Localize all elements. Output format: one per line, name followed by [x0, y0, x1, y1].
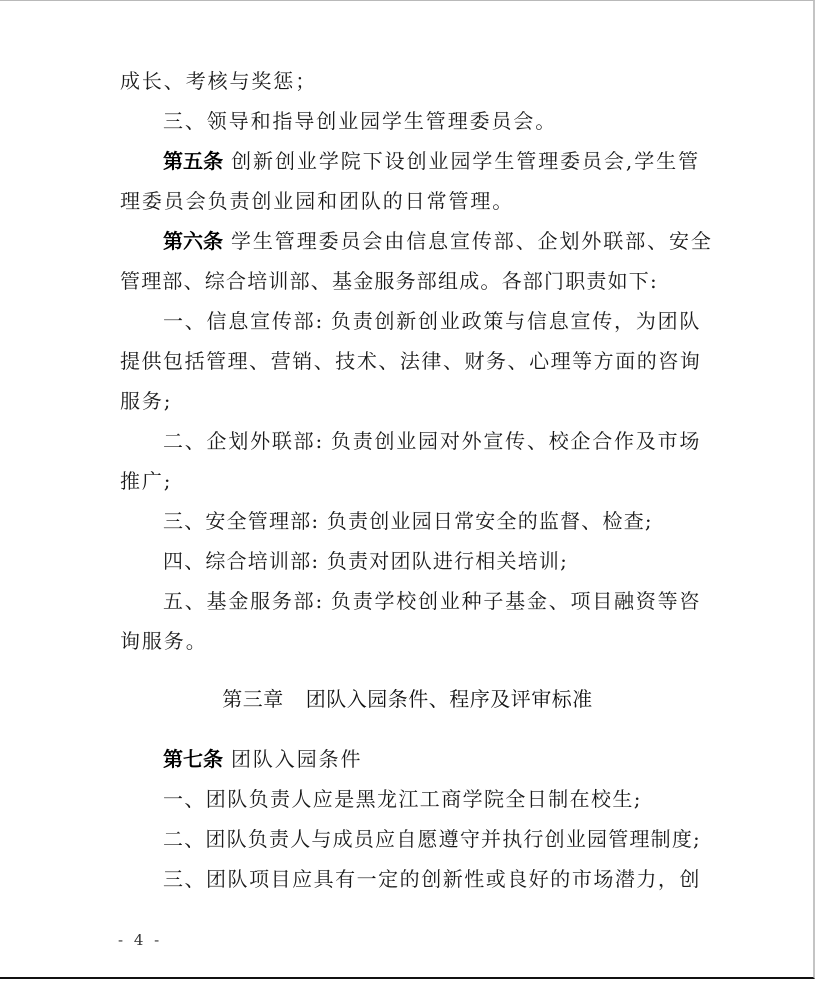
paragraph-line: 推广; [120, 461, 700, 501]
paragraph-line: 理委员会负责创业园和团队的日常管理。 [120, 181, 700, 221]
paragraph-line: 一、信息宣传部: 负责创新创业政策与信息宣传，为团队 [163, 301, 700, 341]
article-5-line: 第五条创新创业学院下设创业园学生管理委员会,学生管 [163, 141, 700, 181]
article-7-line: 第七条团队入园条件 [163, 739, 743, 779]
paragraph-line: 服务; [120, 381, 700, 421]
article-label: 第五条 [163, 149, 223, 173]
article-label: 第七条 [163, 747, 223, 771]
article-text: 团队入园条件 [231, 747, 362, 771]
document-page: 成长、考核与奖惩； 三、领导和指导创业园学生管理委员会。 第五条创新创业学院下设… [0, 0, 815, 979]
paragraph-line: 三、领导和指导创业园学生管理委员会。 [163, 101, 743, 141]
paragraph-line: 成长、考核与奖惩； [120, 61, 700, 101]
condition-line: 三、团队项目应具有一定的创新性或良好的市场潜力，创 [163, 859, 700, 899]
paragraph-line: 四、综合培训部: 负责对团队进行相关培训; [163, 541, 743, 581]
article-label: 第六条 [163, 229, 223, 253]
paragraph-line: 五、基金服务部: 负责学校创业种子基金、项目融资等咨 [163, 581, 700, 621]
chapter-number: 第三章 [222, 687, 284, 711]
condition-line: 一、团队负责人应是黑龙江工商学院全日制在校生; [163, 779, 743, 819]
paragraph-line: 二、企划外联部: 负责创业园对外宣传、校企合作及市场 [163, 421, 700, 461]
chapter-title: 团队入园条件、程序及评审标准 [306, 687, 593, 711]
article-text: 学生管理委员会由信息宣传部、企划外联部、安全 [231, 229, 713, 253]
article-6-line: 第六条学生管理委员会由信息宣传部、企划外联部、安全 [163, 221, 700, 261]
paragraph-line: 管理部、综合培训部、基金服务部组成。各部门职责如下: [120, 261, 700, 301]
paragraph-line: 三、安全管理部: 负责创业园日常安全的监督、检查; [163, 501, 743, 541]
paragraph-line: 提供包括管理、营销、技术、法律、财务、心理等方面的咨询 [120, 341, 700, 381]
condition-line: 二、团队负责人与成员应自愿遵守并执行创业园管理制度; [163, 819, 700, 859]
paragraph-line: 询服务。 [120, 621, 700, 661]
article-text: 创新创业学院下设创业园学生管理委员会,学生管 [231, 149, 700, 173]
chapter-heading: 第三章团队入园条件、程序及评审标准 [0, 679, 815, 719]
page-number: - 4 - [118, 931, 162, 949]
